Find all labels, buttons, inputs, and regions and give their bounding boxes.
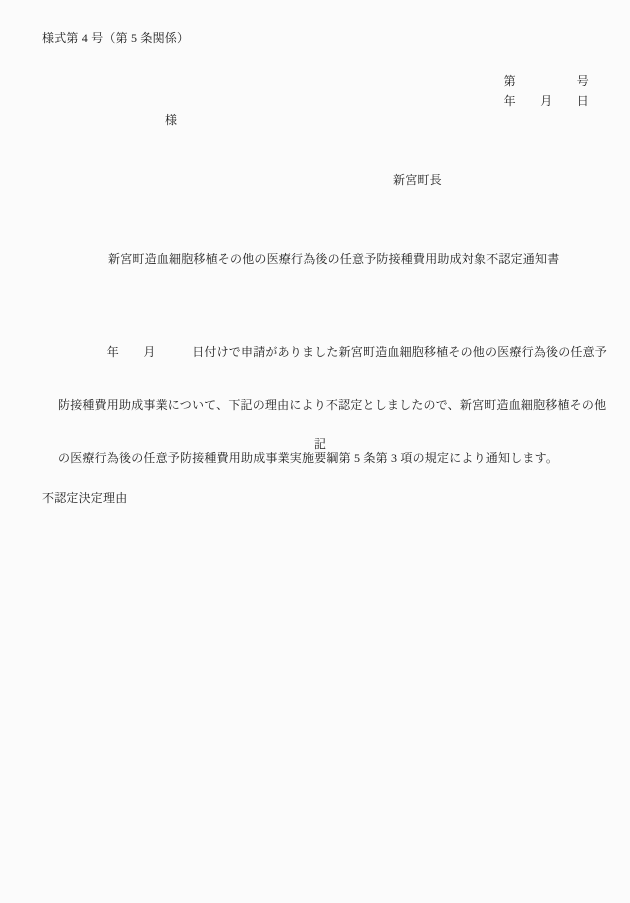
date-field: 年 月 日 bbox=[504, 94, 589, 109]
body-line: の医療行為後の任意予防接種費用助成事業実施要綱第 5 条第 3 項の規定により通… bbox=[58, 447, 607, 470]
notification-document-page: 様式第 4 号（第 5 条関係） 第 号 年 月 日 様 新宮町長 新宮町造血細… bbox=[0, 0, 630, 903]
addressee-honorific: 様 bbox=[165, 113, 177, 128]
form-number-label: 様式第 4 号（第 5 条関係） bbox=[42, 31, 189, 46]
document-number-field: 第 号 bbox=[504, 74, 589, 89]
body-line: 年 月 日付けで申請がありました新宮町造血細胞移植その他の医療行為後の任意予 bbox=[58, 341, 607, 364]
record-marker: 記 bbox=[314, 437, 326, 452]
sender-title: 新宮町長 bbox=[393, 173, 442, 188]
body-paragraph: 年 月 日付けで申請がありました新宮町造血細胞移植その他の医療行為後の任意予 防… bbox=[58, 311, 607, 500]
body-line: 防接種費用助成事業について、下記の理由により不認定としましたので、新宮町造血細胞… bbox=[58, 394, 607, 417]
rejection-reason-label: 不認定決定理由 bbox=[42, 491, 127, 506]
document-title: 新宮町造血細胞移植その他の医療行為後の任意予防接種費用助成対象不認定通知書 bbox=[108, 252, 559, 267]
